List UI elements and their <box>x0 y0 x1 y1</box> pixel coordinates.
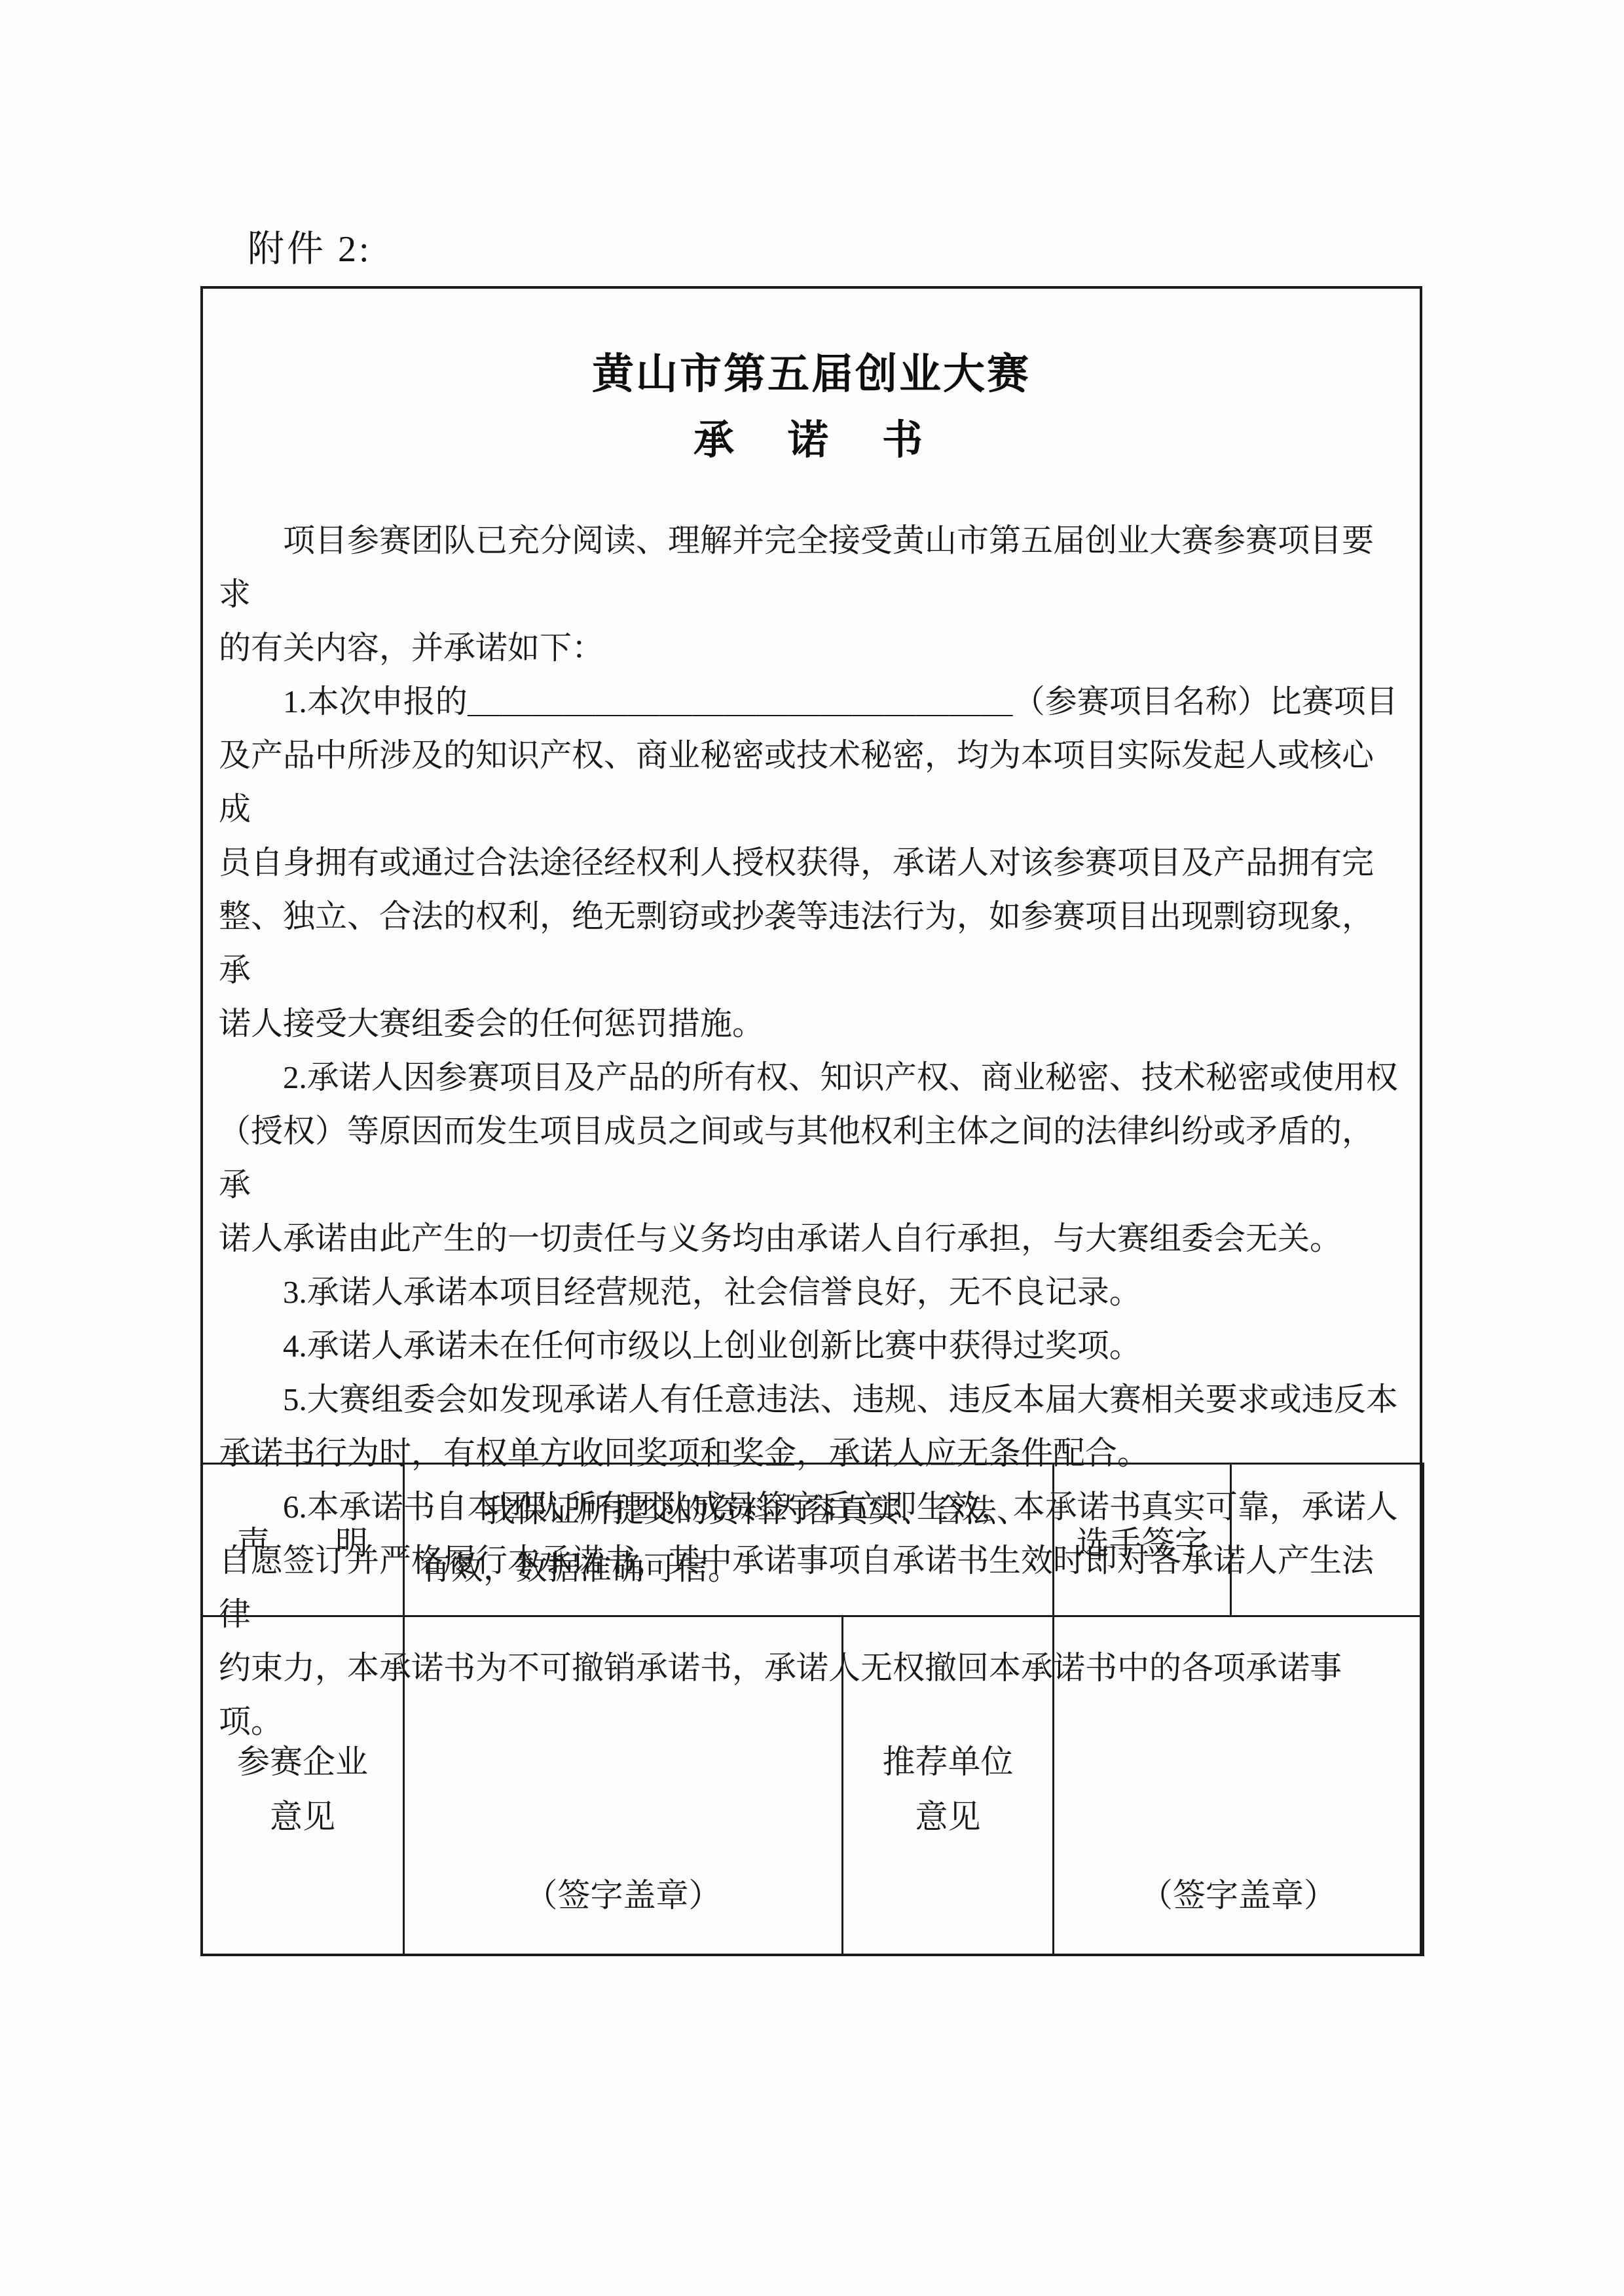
declaration-label-cell: 声 明 <box>202 1464 404 1616</box>
document-box: 黄山市第五届创业大赛 承 诺 书 项目参赛团队已充分阅读、理解并完全接受黄山市第… <box>200 286 1422 1956</box>
doc-subtitle: 承 诺 书 <box>203 419 1420 462</box>
paragraph-item-1: 1.本次申报的＿＿＿＿＿＿＿＿＿＿＿＿＿＿＿＿＿（参赛项目名称）比赛项目 及产品… <box>219 675 1404 1051</box>
enterprise-opinion-label-cell: 参赛企业 意见 <box>202 1616 404 1956</box>
attachment-label: 附件 2: <box>248 220 372 272</box>
commitment-table: 声 明 我保证所提交的资料内容真实、合法、 有效，数据准确可信。 选手签字 参赛… <box>200 1463 1424 1956</box>
paragraph-item-2: 2.承诺人因参赛项目及产品的所有权、知识产权、商业秘密、技术秘密或使用权 （授权… <box>219 1051 1404 1266</box>
recommender-opinion-seal-cell: （签字盖章） <box>1054 1616 1424 1956</box>
paragraph-item-3: 3.承诺人承诺本项目经营规范，社会信誉良好，无不良记录。 <box>219 1266 1404 1319</box>
recommender-seal-note: （签字盖章） <box>1140 1877 1337 1914</box>
player-signature-label-cell: 选手签字 <box>1054 1464 1231 1616</box>
player-signature-value-cell <box>1231 1464 1424 1616</box>
doc-title: 黄山市第五届创业大赛 <box>203 352 1420 397</box>
declaration-statement-text: 我保证所提交的资料内容真实、合法、 有效，数据准确可信。 <box>419 1482 1038 1597</box>
enterprise-opinion-seal-cell: （签字盖章） <box>404 1616 843 1956</box>
enterprise-seal-note: （签字盖章） <box>525 1877 722 1914</box>
recommender-opinion-label-cell: 推荐单位 意见 <box>843 1616 1054 1956</box>
paragraph-item-4: 4.承诺人承诺未在任何市级以上创业创新比赛中获得过奖项。 <box>219 1319 1404 1373</box>
paragraph-intro: 项目参赛团队已充分阅读、理解并完全接受黄山市第五届创业大赛参赛项目要求 的有关内… <box>219 514 1404 675</box>
declaration-statement-cell: 我保证所提交的资料内容真实、合法、 有效，数据准确可信。 <box>404 1464 1054 1616</box>
scanned-document-page: 附件 2: 黄山市第五届创业大赛 承 诺 书 项目参赛团队已充分阅读、理解并完全… <box>0 0 1624 2296</box>
